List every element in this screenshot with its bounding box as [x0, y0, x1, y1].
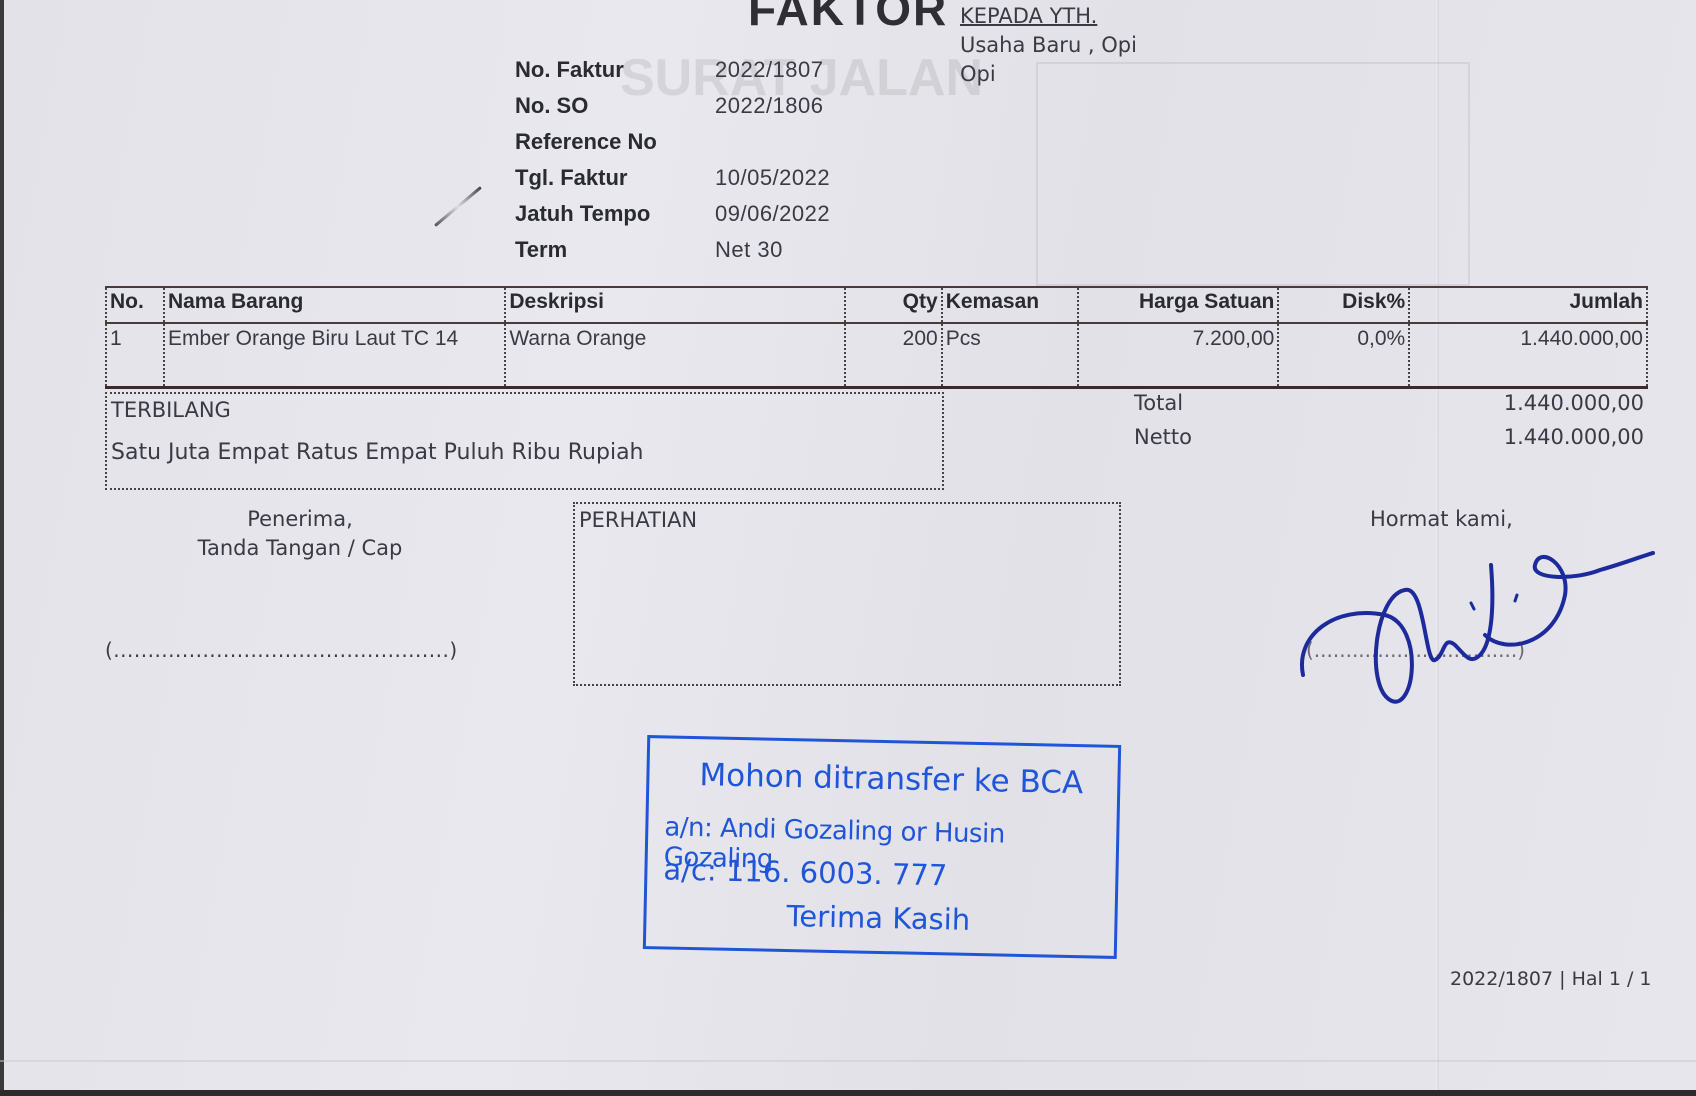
field-no-faktur: No. Faktur 2022/1807 — [515, 52, 830, 88]
staple-icon — [434, 186, 482, 227]
paper-fold-horizontal — [0, 1060, 1696, 1062]
document-title: FAKTOR — [748, 0, 948, 36]
terbilang-value: Satu Juta Empat Ratus Empat Puluh Ribu R… — [111, 440, 644, 465]
field-value: 2022/1807 — [715, 57, 824, 83]
items-table: No. Nama Barang Deskripsi Qty Kemasan Ha… — [105, 286, 1648, 389]
recipient-line: Usaha Baru , Opi — [960, 31, 1137, 60]
field-value: 09/06/2022 — [715, 201, 830, 227]
col-header-nama-barang: Nama Barang — [164, 287, 505, 323]
col-header-disk: Disk% — [1278, 287, 1409, 323]
receiver-signature-label: Penerima, Tanda Tangan / Cap — [150, 505, 450, 563]
cell-jumlah: 1.440.000,00 — [1409, 323, 1647, 388]
table-row: 1 Ember Orange Biru Laut TC 14 Warna Ora… — [106, 323, 1647, 388]
cell-disk: 0,0% — [1278, 323, 1409, 388]
netto-value: 1.440.000,00 — [1504, 425, 1644, 449]
table-header-row: No. Nama Barang Deskripsi Qty Kemasan Ha… — [106, 287, 1647, 323]
receiver-signature-blank: (.......................................… — [105, 638, 458, 662]
cell-nama-barang: Ember Orange Biru Laut TC 14 — [164, 323, 505, 388]
invoice-header-fields: No. Faktur 2022/1807 No. SO 2022/1806 Re… — [515, 52, 830, 268]
field-no-so: No. SO 2022/1806 — [515, 88, 830, 124]
handwritten-signature-icon — [1295, 535, 1655, 715]
perhatian-label: PERHATIAN — [579, 508, 697, 532]
cell-no: 1 — [106, 323, 164, 388]
field-jatuh-tempo: Jatuh Tempo 09/06/2022 — [515, 196, 830, 232]
total-row: Total 1.440.000,00 — [1134, 386, 1644, 420]
stamp-line-bank: Mohon ditransfer ke BCA — [699, 757, 1083, 801]
stamp-line-thanks: Terima Kasih — [786, 899, 970, 937]
field-label: Term — [515, 237, 715, 263]
cell-deskripsi: Warna Orange — [505, 323, 844, 388]
total-label: Total — [1134, 391, 1183, 415]
field-tgl-faktur: Tgl. Faktur 10/05/2022 — [515, 160, 830, 196]
page-footer: 2022/1807 | Hal 1 / 1 — [1450, 968, 1652, 990]
recipient-heading: KEPADA YTH. — [960, 2, 1137, 31]
field-value: 2022/1806 — [715, 93, 824, 119]
total-value: 1.440.000,00 — [1504, 391, 1644, 415]
cell-kemasan: Pcs — [942, 323, 1078, 388]
cell-qty: 200 — [845, 323, 942, 388]
field-label: Jatuh Tempo — [515, 201, 715, 227]
receiver-line1: Penerima, — [150, 505, 450, 534]
totals-block: Total 1.440.000,00 Netto 1.440.000,00 — [1134, 386, 1644, 454]
col-header-harga-satuan: Harga Satuan — [1078, 287, 1279, 323]
field-label: No. SO — [515, 93, 715, 119]
ghost-underlay-box — [1036, 62, 1470, 286]
field-value: 10/05/2022 — [715, 165, 830, 191]
cell-harga-satuan: 7.200,00 — [1078, 323, 1279, 388]
field-reference-no: Reference No — [515, 124, 830, 160]
terbilang-label: TERBILANG — [111, 398, 231, 422]
netto-row: Netto 1.440.000,00 — [1134, 420, 1644, 454]
stamp-line-account-number: a/c: 116. 6003. 777 — [663, 852, 948, 892]
sender-signature-label: Hormat kami, — [1370, 507, 1513, 531]
page-bottom-edge — [0, 1090, 1696, 1096]
field-label: Tgl. Faktur — [515, 165, 715, 191]
terbilang-box: TERBILANG Satu Juta Empat Ratus Empat Pu… — [105, 392, 944, 490]
field-value: Net 30 — [715, 237, 783, 263]
col-header-kemasan: Kemasan — [942, 287, 1078, 323]
col-header-no: No. — [106, 287, 164, 323]
col-header-jumlah: Jumlah — [1409, 287, 1647, 323]
recipient-block: KEPADA YTH. Usaha Baru , Opi Opi — [960, 2, 1137, 89]
field-term: Term Net 30 — [515, 232, 830, 268]
recipient-line: Opi — [960, 60, 1137, 89]
receiver-line2: Tanda Tangan / Cap — [150, 534, 450, 563]
netto-label: Netto — [1134, 425, 1192, 449]
field-label: No. Faktur — [515, 57, 715, 83]
bank-transfer-stamp: Mohon ditransfer ke BCA a/n: Andi Gozali… — [643, 735, 1121, 959]
page-left-edge — [0, 0, 4, 1096]
col-header-qty: Qty — [845, 287, 942, 323]
col-header-deskripsi: Deskripsi — [505, 287, 844, 323]
perhatian-box: PERHATIAN — [573, 502, 1121, 686]
field-label: Reference No — [515, 129, 715, 155]
